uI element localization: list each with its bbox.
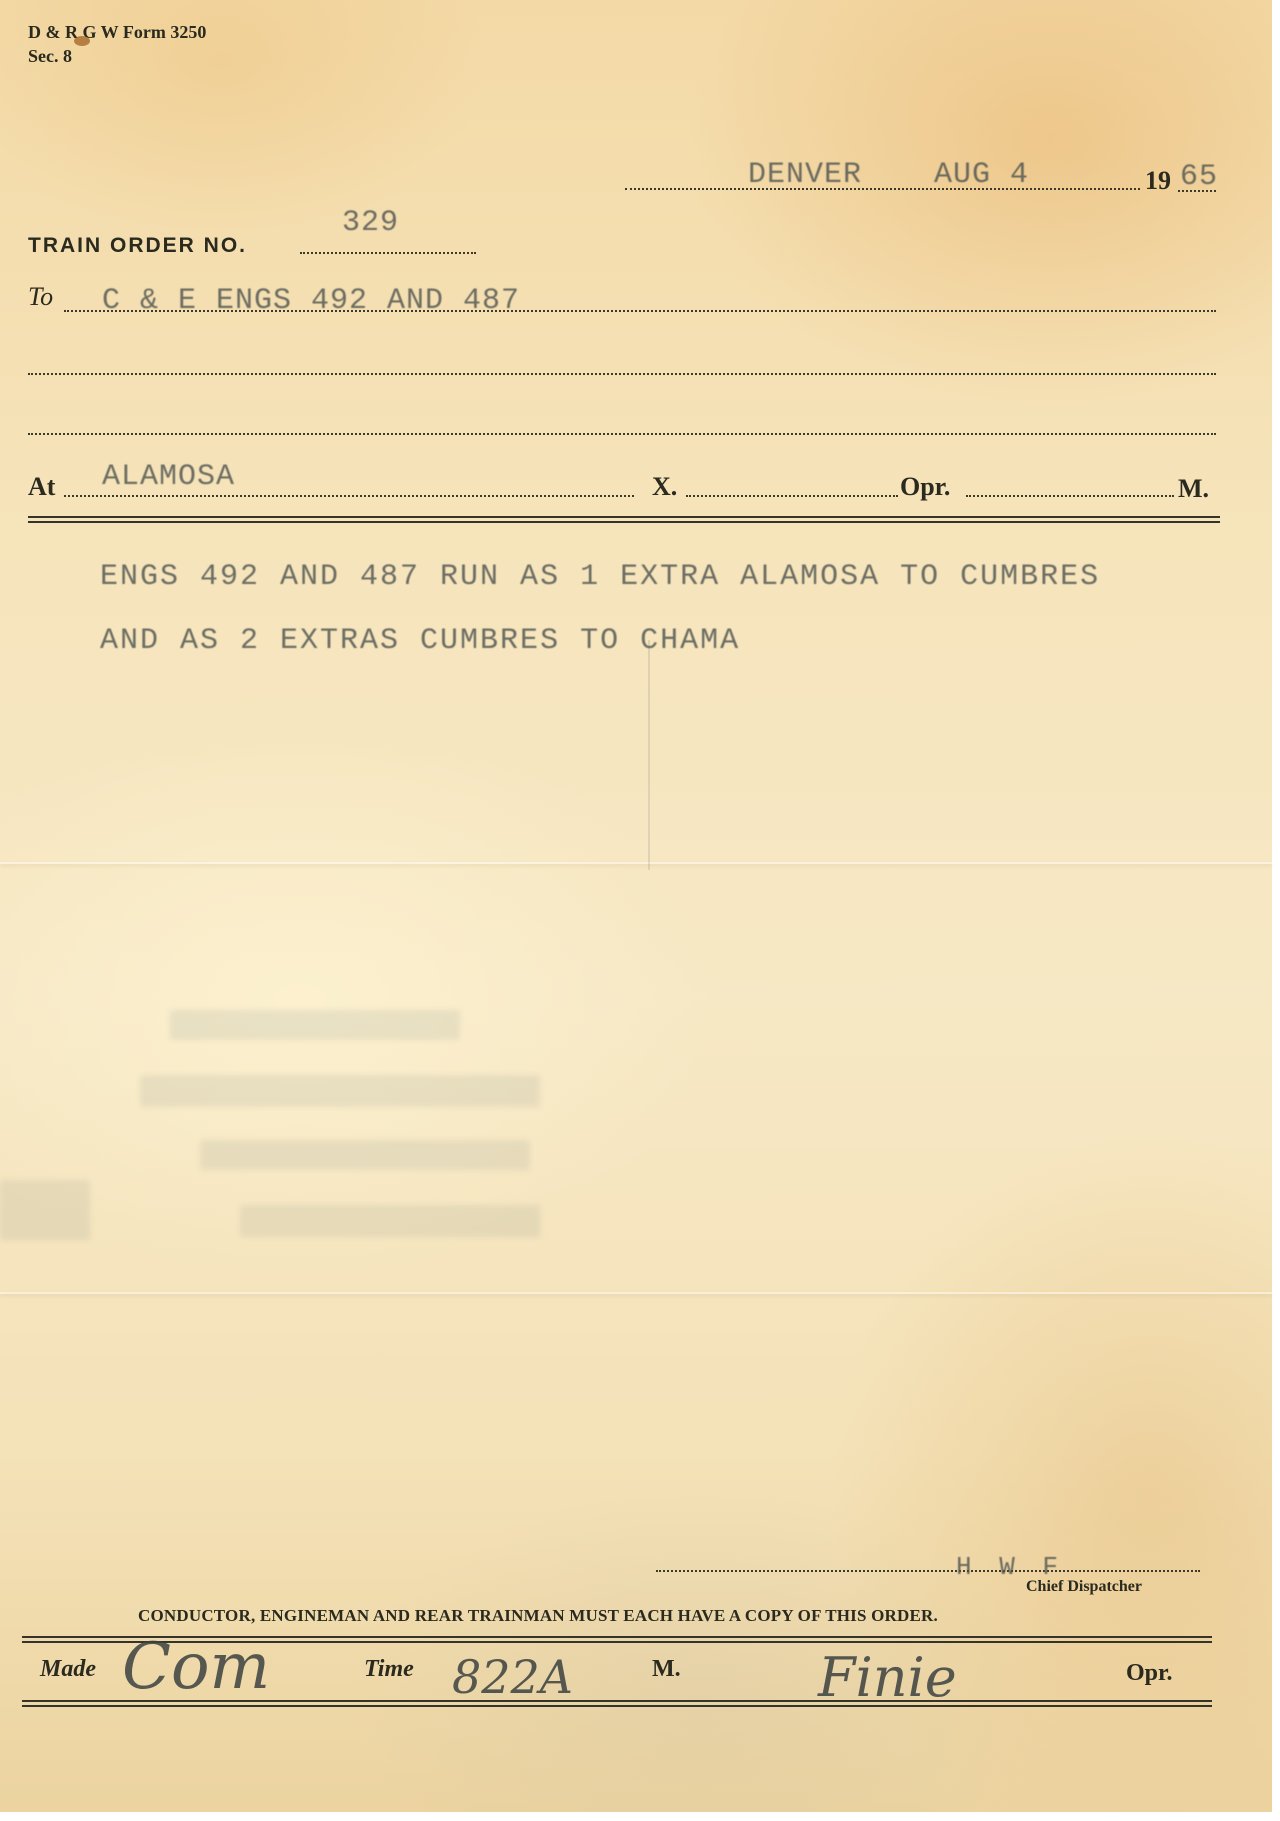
year-prefix: 19 xyxy=(1145,166,1171,196)
form-section: Sec. 8 xyxy=(28,46,72,67)
at-line xyxy=(64,495,634,497)
opr-label: Opr. xyxy=(900,472,950,502)
rust-stain xyxy=(74,36,90,46)
blank-line xyxy=(28,433,1216,435)
bleed-through-mark xyxy=(200,1140,530,1170)
at-label: At xyxy=(28,472,55,502)
opr-line xyxy=(966,495,1174,497)
bleed-through-mark xyxy=(140,1075,540,1107)
order-number-line xyxy=(300,252,476,254)
dispatcher-line xyxy=(656,1570,1200,1572)
bleed-through-mark xyxy=(170,1010,460,1040)
time-value-handwritten: 822A xyxy=(452,1650,573,1704)
train-order-label: TRAIN ORDER NO. xyxy=(28,234,247,258)
time-label: Time xyxy=(364,1656,414,1683)
to-label: To xyxy=(28,282,53,312)
footer-rule-bottom xyxy=(22,1700,1212,1707)
order-body-line-2: AND AS 2 EXTRAS CUMBRES TO CHAMA xyxy=(100,624,740,658)
copy-notice: CONDUCTOR, ENGINEMAN AND REAR TRAINMAN M… xyxy=(138,1606,938,1626)
made-label: Made xyxy=(40,1656,96,1683)
m-label: M. xyxy=(1178,474,1209,504)
bottom-opr-label: Opr. xyxy=(1126,1660,1172,1687)
dispatcher-label: Chief Dispatcher xyxy=(1026,1578,1142,1596)
train-order-paper xyxy=(0,0,1272,1812)
paper-crease xyxy=(648,640,650,870)
x-line xyxy=(686,495,898,497)
to-value: C & E ENGS 492 AND 487 xyxy=(102,284,520,318)
time-m-label: M. xyxy=(652,1656,681,1683)
x-label: X. xyxy=(652,472,677,502)
year-suffix: 65 xyxy=(1180,160,1218,194)
blank-line xyxy=(28,373,1216,375)
form-number: D & R G W Form 3250 xyxy=(28,22,206,43)
order-body-line-1: ENGS 492 AND 487 RUN AS 1 EXTRA ALAMOSA … xyxy=(100,560,1100,594)
paper-fold xyxy=(0,1292,1272,1294)
place-date-line xyxy=(625,188,1140,190)
place-value: DENVER xyxy=(748,158,862,192)
header-rule xyxy=(28,516,1220,523)
bleed-through-mark xyxy=(0,1180,90,1240)
bleed-through-mark xyxy=(240,1205,540,1237)
train-order-number: 329 xyxy=(342,206,399,240)
at-value: ALAMOSA xyxy=(102,460,235,494)
date-value: AUG 4 xyxy=(934,158,1029,192)
paper-fold xyxy=(0,862,1272,864)
made-value-handwritten: Com xyxy=(122,1630,270,1704)
